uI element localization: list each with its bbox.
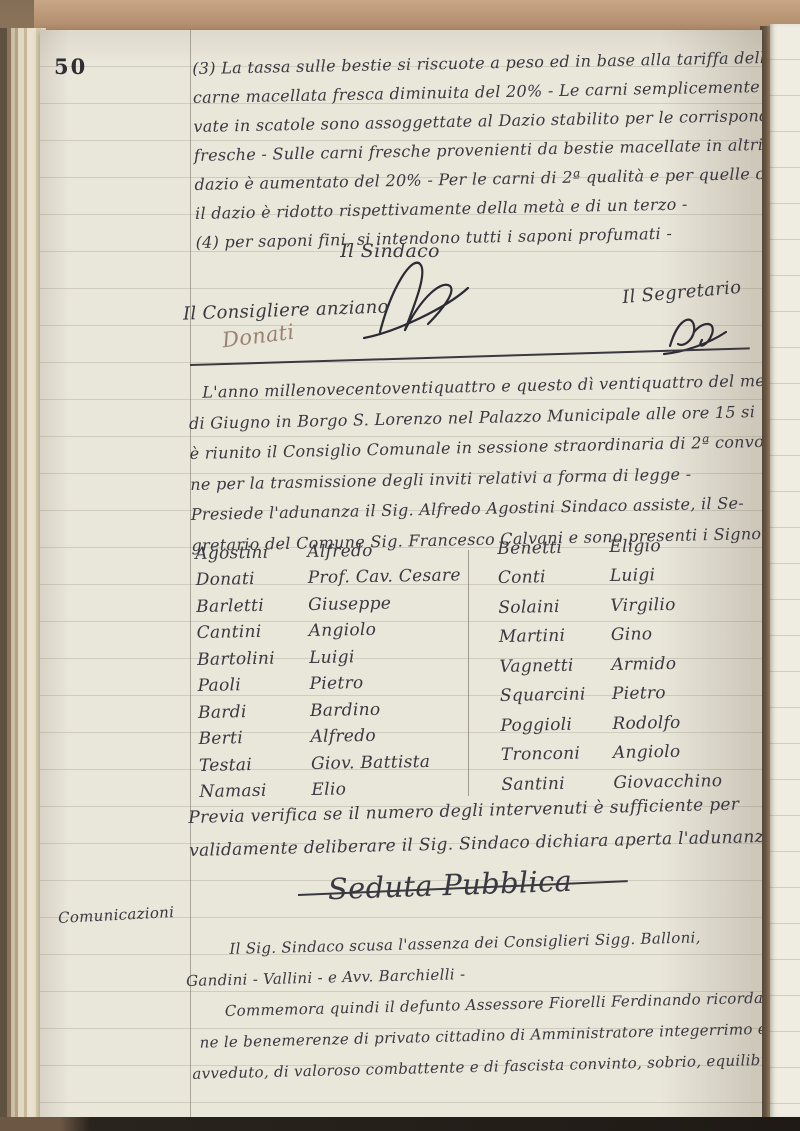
attendee-name: Pietro (309, 673, 363, 694)
attendee-surname: Squarcini (500, 684, 612, 706)
page-number: 50 (54, 54, 87, 79)
attendee-name: Giuseppe (308, 593, 391, 614)
attendee-row: BenettiEligio (497, 525, 718, 558)
quorum-verification-paragraph: Previa verifica se il numero degli inter… (188, 788, 762, 868)
attendee-columns-separator (468, 550, 469, 796)
attendee-row: MartiniGino (499, 614, 720, 647)
attendee-row: SquarciniPietro (500, 673, 721, 706)
attendee-name: Eligio (609, 536, 661, 557)
consigliere-anziano-signature: Donati (221, 320, 296, 353)
attendee-name: Pietro (612, 683, 666, 704)
attendee-surname: Agostini (195, 542, 307, 564)
attendee-name: Luigi (610, 565, 656, 586)
next-page-edge (770, 24, 800, 1118)
attendee-name: Rodolfo (612, 712, 681, 733)
attendee-row: TronconiAngiolo (501, 732, 722, 765)
attendee-list-left: AgostiniAlfredo DonatiProf. Cav. Cesare … (195, 532, 465, 802)
attendee-name: Luigi (309, 647, 355, 668)
attendee-surname: Bartolini (197, 648, 309, 670)
register-page: 50 (3) La tassa sulle bestie si riscuote… (40, 30, 762, 1118)
attendee-row: DonatiProf. Cav. Cesare (195, 559, 460, 590)
attendee-surname: Poggioli (500, 714, 612, 736)
attendee-surname: Conti (498, 566, 610, 588)
footnote-paragraph: (3) La tassa sulle bestie si riscuote a … (192, 43, 762, 257)
segretario-title: Il Segretario (621, 277, 742, 308)
attendee-surname: Solaini (498, 596, 610, 618)
attendee-surname: Testai (199, 754, 311, 776)
attendee-list-right: BenettiEligio ContiLuigi SolainiVirgilio… (497, 525, 723, 794)
attendee-row: ContiLuigi (498, 555, 719, 588)
attendee-surname: Vagnetti (499, 655, 611, 677)
desk-bottom-shadow (0, 1117, 800, 1131)
attendee-surname: Tronconi (501, 743, 613, 765)
attendee-row: TestaiGiov. Battista (199, 744, 464, 775)
attendee-surname: Martini (499, 625, 611, 647)
attendee-surname: Benetti (497, 537, 609, 559)
attendee-name: Prof. Cav. Cesare (308, 565, 461, 588)
attendee-name: Bardino (310, 699, 381, 720)
attendee-name: Giov. Battista (311, 751, 431, 773)
attendee-row: VagnettiArmido (499, 643, 720, 676)
communications-paragraph: Il Sig. Sindaco scusa l'assenza dei Cons… (185, 921, 762, 1090)
attendee-name: Angiolo (308, 620, 376, 641)
attendee-name: Angiolo (613, 742, 681, 763)
attendee-surname: Cantini (197, 621, 309, 643)
attendee-name: Armido (611, 653, 676, 674)
desk-surface (0, 0, 800, 32)
attendee-surname: Bardi (198, 701, 310, 723)
attendee-name: Elio (311, 779, 346, 800)
attendee-name: Alfredo (310, 726, 376, 747)
attendee-row: PoggioliRodolfo (500, 702, 721, 735)
session-heading: Seduta Pubblica (280, 862, 621, 908)
attendee-surname: Berti (198, 727, 310, 749)
segretario-signature (656, 306, 732, 364)
attendee-surname: Paoli (197, 674, 309, 696)
attendee-surname: Barletti (196, 595, 308, 617)
attendee-name: Alfredo (307, 540, 373, 561)
margin-note-comunicazioni: Comunicazioni (58, 903, 175, 927)
attendee-row: SolainiVirgilio (498, 584, 719, 617)
attendee-name: Virgilio (610, 594, 676, 615)
attendee-surname: Donati (196, 568, 308, 590)
attendee-name: Gino (611, 624, 653, 645)
photo-of-register-page: { "page": { "number": "50" }, "colors": … (0, 0, 800, 1131)
